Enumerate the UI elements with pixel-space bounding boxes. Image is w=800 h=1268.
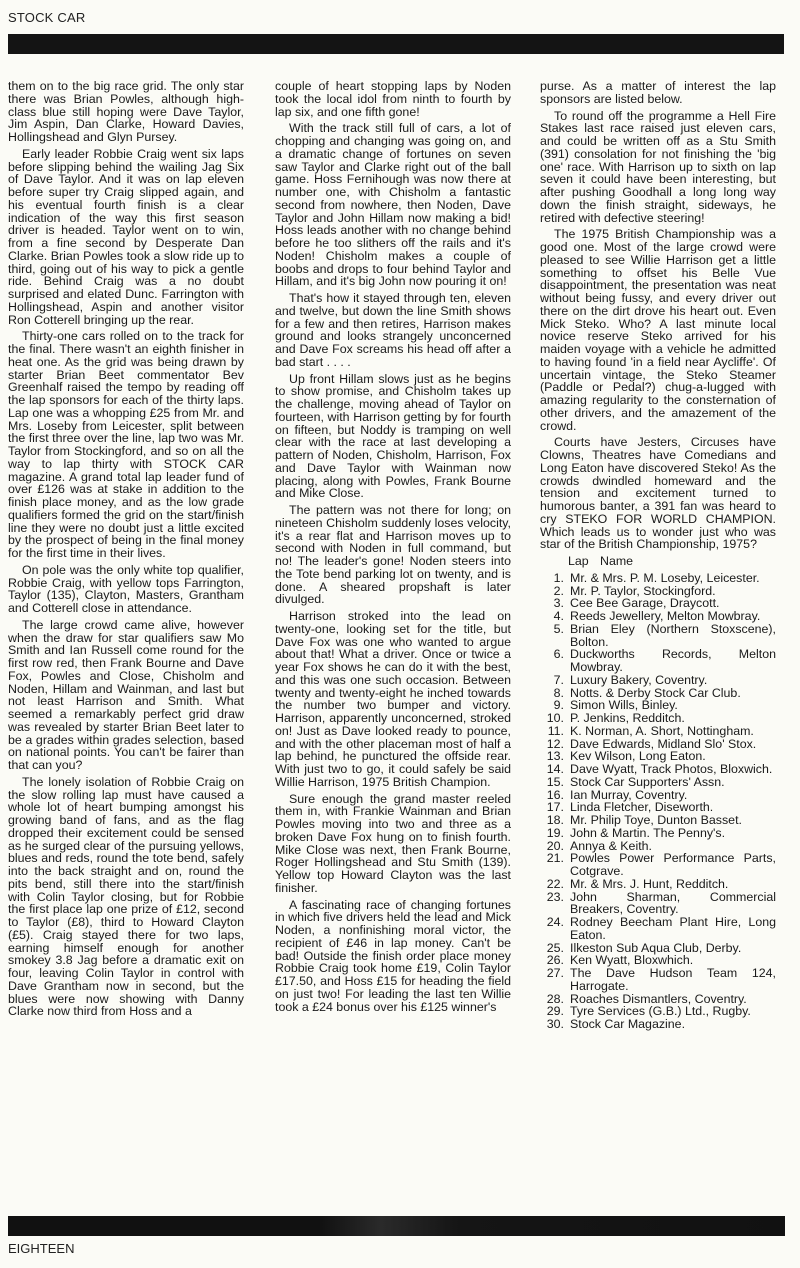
sponsor-list: 1.Mr. & Mrs. P. M. Loseby, Leicester. 2.… (540, 572, 776, 1031)
sponsor-list-header-name: Name (586, 555, 633, 568)
sponsor-list-item: 14.Dave Wyatt, Track Photos, Blox­wich. (540, 763, 776, 776)
article-paragraph: A fascinating race of changing fortunes … (275, 899, 511, 1014)
article-paragraph: That's how it stayed through ten, eleven… (275, 292, 511, 369)
article-column-1: them on to the big race grid. The only s… (8, 80, 244, 1022)
sponsor-list-item: 18.Mr. Philip Toye, Dunton Basset. (540, 814, 776, 827)
sponsor-list-item: 1.Mr. & Mrs. P. M. Loseby, Leicester. (540, 572, 776, 585)
article-paragraph: them on to the big race grid. The only s… (8, 80, 244, 144)
sponsor-list-item: 7.Luxury Bakery, Coventry. (540, 674, 776, 687)
sponsor-list-item: 10.P. Jenkins, Redditch. (540, 712, 776, 725)
sponsor-list-header-lap: Lap (554, 555, 586, 568)
article-column-2: couple of heart stopping laps by Noden t… (275, 80, 511, 1017)
article-paragraph: The 1975 British Championship was a good… (540, 228, 776, 432)
page-number-label: EIGHTEEN (8, 1241, 74, 1256)
sponsor-list-item: 11.K. Norman, A. Short, Nottingham. (540, 725, 776, 738)
article-paragraph: The lonely isolation of Robbie Craig on … (8, 776, 244, 1018)
sponsor-list-item: 24.Rodney Beecham Plant Hire, Long Eaton… (540, 916, 776, 942)
sponsor-list-item: 21.Powles Power Performance Parts, Cotgr… (540, 852, 776, 878)
sponsor-list-item: 19.John & Martin. The Penny's. (540, 827, 776, 840)
sponsor-list-item: 30.Stock Car Magazine. (540, 1018, 776, 1031)
article-paragraph: The large crowd came alive, how­ever whe… (8, 619, 244, 772)
article-paragraph: purse. As a matter of interest the lap s… (540, 80, 776, 106)
article-paragraph: Up front Hillam slows just as he begins … (275, 373, 511, 501)
article-paragraph: Harrison stroked into the lead on twenty… (275, 610, 511, 789)
sponsor-list-item: 15.Stock Car Supporters' Assn. (540, 776, 776, 789)
section-header: STOCK CAR (8, 10, 85, 25)
article-paragraph: With the track still full of cars, a lot… (275, 122, 511, 288)
sponsor-list-item: 27.The Dave Hudson Team 124, Harrogate. (540, 967, 776, 993)
sponsor-list-item: 23.John Sharman, Commercial Breakers, Co… (540, 891, 776, 917)
article-paragraph: Thirty-one cars rolled on to the track f… (8, 330, 244, 560)
sponsor-list-item: 5.Brian Eley (Northern Stoxscene), Bolto… (540, 623, 776, 649)
header-rule-bar (8, 34, 784, 54)
article-paragraph: Courts have Jesters, Circuses have Clown… (540, 436, 776, 551)
article-paragraph: Early leader Robbie Craig went six laps … (8, 148, 244, 327)
sponsor-list-header: LapName (540, 555, 776, 568)
sponsor-list-item: 22.Mr. & Mrs. J. Hunt, Redditch. (540, 878, 776, 891)
article-paragraph: Sure enough the grand master reeled them… (275, 793, 511, 895)
article-column-3: purse. As a matter of interest the lap s… (540, 80, 776, 1031)
article-paragraph: The pattern was not there for long; on n… (275, 504, 511, 606)
footer-rule-bar (8, 1216, 785, 1236)
sponsor-list-item: 4.Reeds Jewellery, Melton Mow­bray. (540, 610, 776, 623)
sponsor-list-item: 6.Duckworths Records, Melton Mowbray. (540, 648, 776, 674)
article-paragraph: couple of heart stopping laps by Noden t… (275, 80, 511, 118)
article-paragraph: On pole was the only white top qualifier… (8, 564, 244, 615)
article-paragraph: To round off the programme a Hell Fire S… (540, 110, 776, 225)
